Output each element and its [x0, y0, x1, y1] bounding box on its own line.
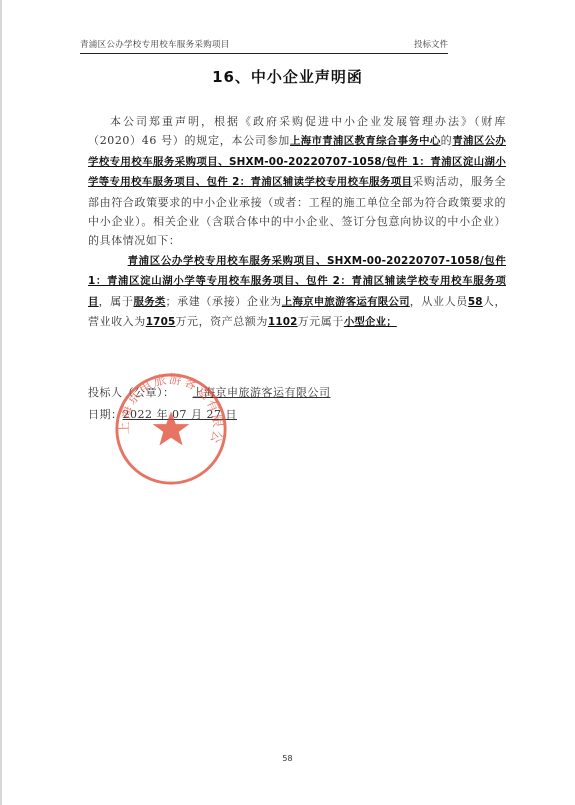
bidder-label: 投标人（公章）：: [88, 386, 175, 399]
header-project-title: 青浦区公办学校专用校车服务采购项目: [80, 38, 230, 50]
purchaser-name: 上海市青浦区教育综合事务中心: [290, 135, 441, 147]
text: ，从业人员: [410, 295, 468, 308]
declaration-body: 本公司郑重声明，根据《政府采购促进中小企业发展管理办法》（财库（2020）46 …: [88, 112, 506, 332]
date-line: 日期：2022 年 07 月 27 日: [88, 404, 341, 426]
page-number: 58: [0, 754, 575, 763]
text: 的: [441, 134, 453, 147]
total-assets: 1102: [268, 316, 298, 328]
revenue: 1705: [146, 316, 176, 328]
declaration-paragraph-1: 本公司郑重声明，根据《政府采购促进中小企业发展管理办法》（财库（2020）46 …: [88, 112, 506, 251]
date-value: 2022 年 07 月 27 日: [123, 408, 237, 421]
page-title: 16、中小企业声明函: [0, 66, 575, 87]
text: 万元属于: [298, 315, 344, 328]
signature-block: 投标人（公章）：上海京申旅游客运有限公司 日期：2022 年 07 月 27 日: [88, 382, 341, 426]
category: 服务类: [134, 296, 166, 308]
bidder-name: 上海京申旅游客运有限公司: [175, 386, 341, 399]
header-doc-type: 投标文件: [414, 38, 448, 50]
page-header: 青浦区公办学校专用校车服务采购项目 投标文件: [80, 38, 448, 54]
date-label: 日期：: [88, 408, 123, 421]
employee-count: 58: [468, 296, 483, 308]
enterprise-size: 小型企业；: [344, 316, 397, 328]
page-edge: [0, 0, 2, 805]
declaration-paragraph-2: 青浦区公办学校专用校车服务采购项目、SHXM-00-20220707-1058/…: [88, 251, 506, 333]
text: 万元，资产总额为: [175, 315, 267, 328]
bidder-line: 投标人（公章）：上海京申旅游客运有限公司: [88, 382, 341, 404]
text: ，属于: [99, 295, 134, 308]
company-name: 上海京申旅游客运有限公司: [282, 296, 410, 308]
text: ；承建（承接）企业为: [166, 295, 282, 308]
